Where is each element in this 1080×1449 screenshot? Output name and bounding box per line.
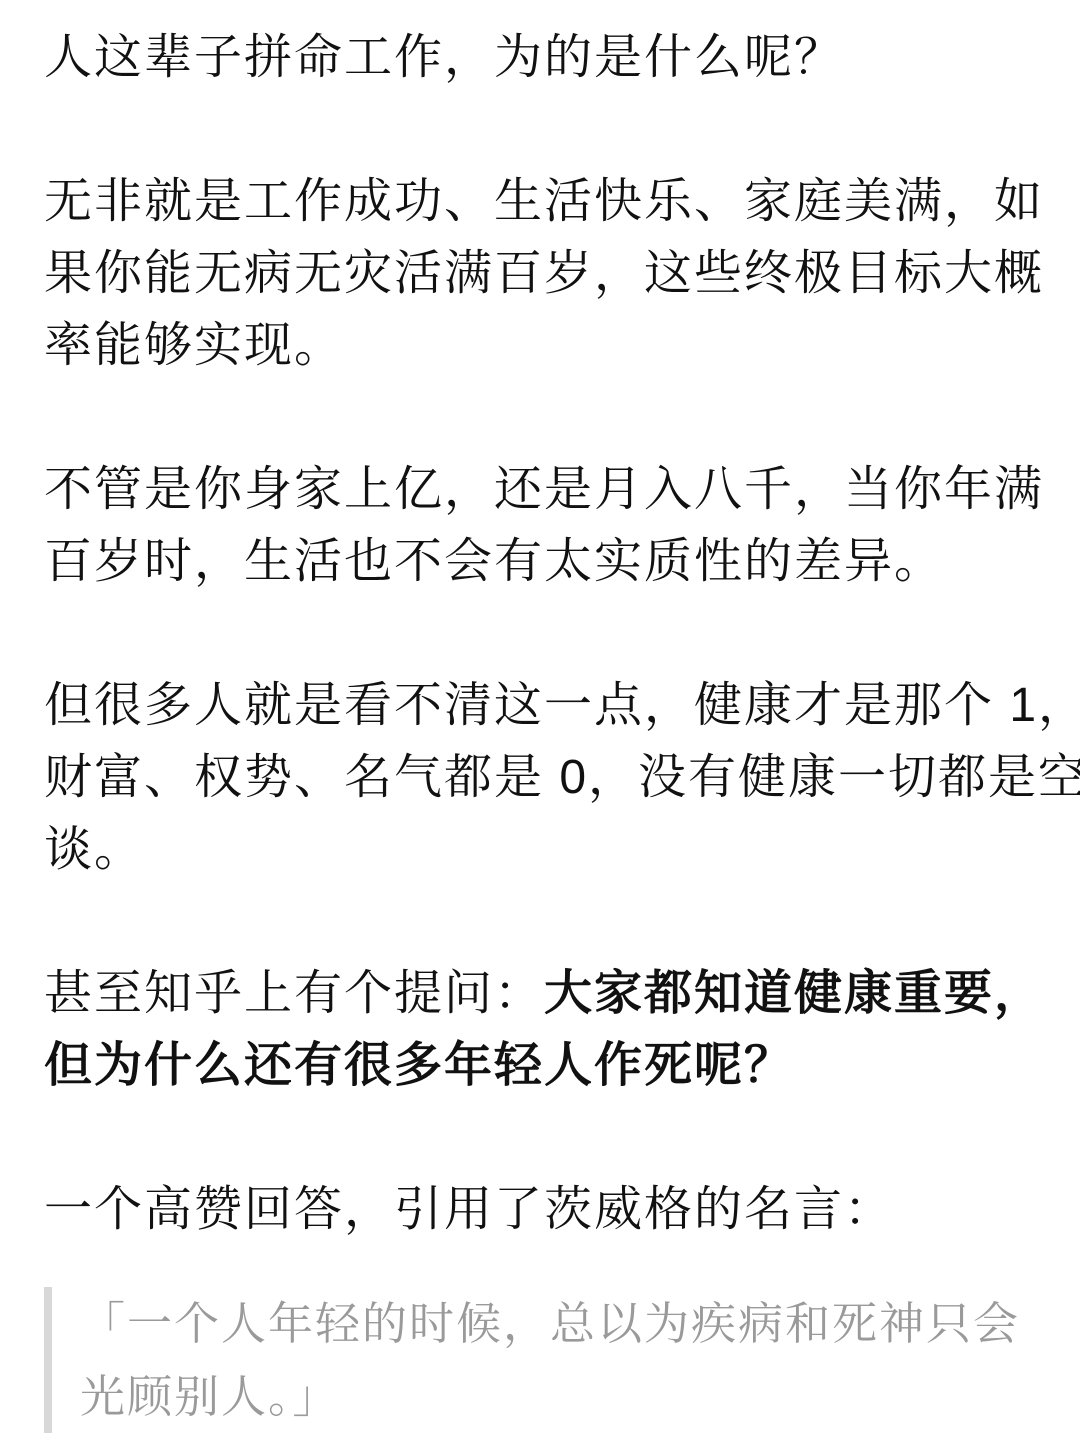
- text-line: 光顾别人。」: [80, 1360, 1054, 1433]
- text-line: 果你能无病无灾活满百岁，这些终极目标大概: [44, 238, 1054, 310]
- paragraph: 无非就是工作成功、生活快乐、家庭美满，如果你能无病无灾活满百岁，这些终极目标大概…: [44, 166, 1054, 382]
- body-text: 无非就是工作成功、生活快乐、家庭美满，如: [44, 175, 1044, 228]
- body-text: 百岁时，生活也不会有太实质性的差异。: [44, 535, 944, 588]
- paragraph: 人这辈子拼命工作，为的是什么呢？: [44, 22, 1054, 94]
- article-body: 人这辈子拼命工作，为的是什么呢？无非就是工作成功、生活快乐、家庭美满，如果你能无…: [0, 0, 1080, 1433]
- body-text: 果你能无病无灾活满百岁，这些终极目标大概: [44, 247, 1044, 300]
- body-text: 光顾别人。」: [80, 1371, 340, 1422]
- text-line: 「一个人年轻的时候，总以为疾病和死神只会: [80, 1287, 1054, 1360]
- emphasis-text: 但为什么还有很多年轻人作死呢？: [44, 1039, 794, 1092]
- paragraph: 不管是你身家上亿，还是月入八千，当你年满百岁时，生活也不会有太实质性的差异。: [44, 454, 1054, 598]
- paragraph: 但很多人就是看不清这一点，健康才是那个 1，财富、权势、名气都是 0，没有健康一…: [44, 670, 1054, 886]
- text-line: 率能够实现。: [44, 310, 1054, 382]
- text-line: 不管是你身家上亿，还是月入八千，当你年满: [44, 454, 1054, 526]
- paragraph: 一个高赞回答，引用了茨威格的名言：: [44, 1174, 1054, 1246]
- body-text: 不管是你身家上亿，还是月入八千，当你年满: [44, 463, 1044, 516]
- text-line: 但很多人就是看不清这一点，健康才是那个 1，: [44, 670, 1054, 742]
- text-line: 甚至知乎上有个提问：大家都知道健康重要，: [44, 958, 1054, 1030]
- body-text: 人这辈子拼命工作，为的是什么呢？: [44, 31, 844, 84]
- body-text: 但很多人就是看不清这一点，健康才是那个 1，: [44, 679, 1080, 732]
- text-line: 一个高赞回答，引用了茨威格的名言：: [44, 1174, 1054, 1246]
- paragraph: 甚至知乎上有个提问：大家都知道健康重要，但为什么还有很多年轻人作死呢？: [44, 958, 1054, 1102]
- body-text: 财富、权势、名气都是 0，没有健康一切都是空: [44, 751, 1080, 804]
- emphasis-text: 大家都知道健康重要，: [544, 967, 1044, 1020]
- body-text: 甚至知乎上有个提问：: [44, 967, 544, 1020]
- text-line: 无非就是工作成功、生活快乐、家庭美满，如: [44, 166, 1054, 238]
- text-line: 人这辈子拼命工作，为的是什么呢？: [44, 22, 1054, 94]
- article-page: { "page": { "background_color": "#ffffff…: [0, 0, 1080, 1449]
- text-line: 谈。: [44, 814, 1054, 886]
- body-text: 谈。: [44, 823, 144, 876]
- text-line: 但为什么还有很多年轻人作死呢？: [44, 1030, 1054, 1102]
- body-text: 率能够实现。: [44, 319, 344, 372]
- body-text: 「一个人年轻的时候，总以为疾病和死神只会: [80, 1298, 1020, 1349]
- body-text: 一个高赞回答，引用了茨威格的名言：: [44, 1183, 894, 1236]
- text-line: 财富、权势、名气都是 0，没有健康一切都是空: [44, 742, 1054, 814]
- text-line: 百岁时，生活也不会有太实质性的差异。: [44, 526, 1054, 598]
- quote-block: 「一个人年轻的时候，总以为疾病和死神只会光顾别人。」: [44, 1287, 1054, 1433]
